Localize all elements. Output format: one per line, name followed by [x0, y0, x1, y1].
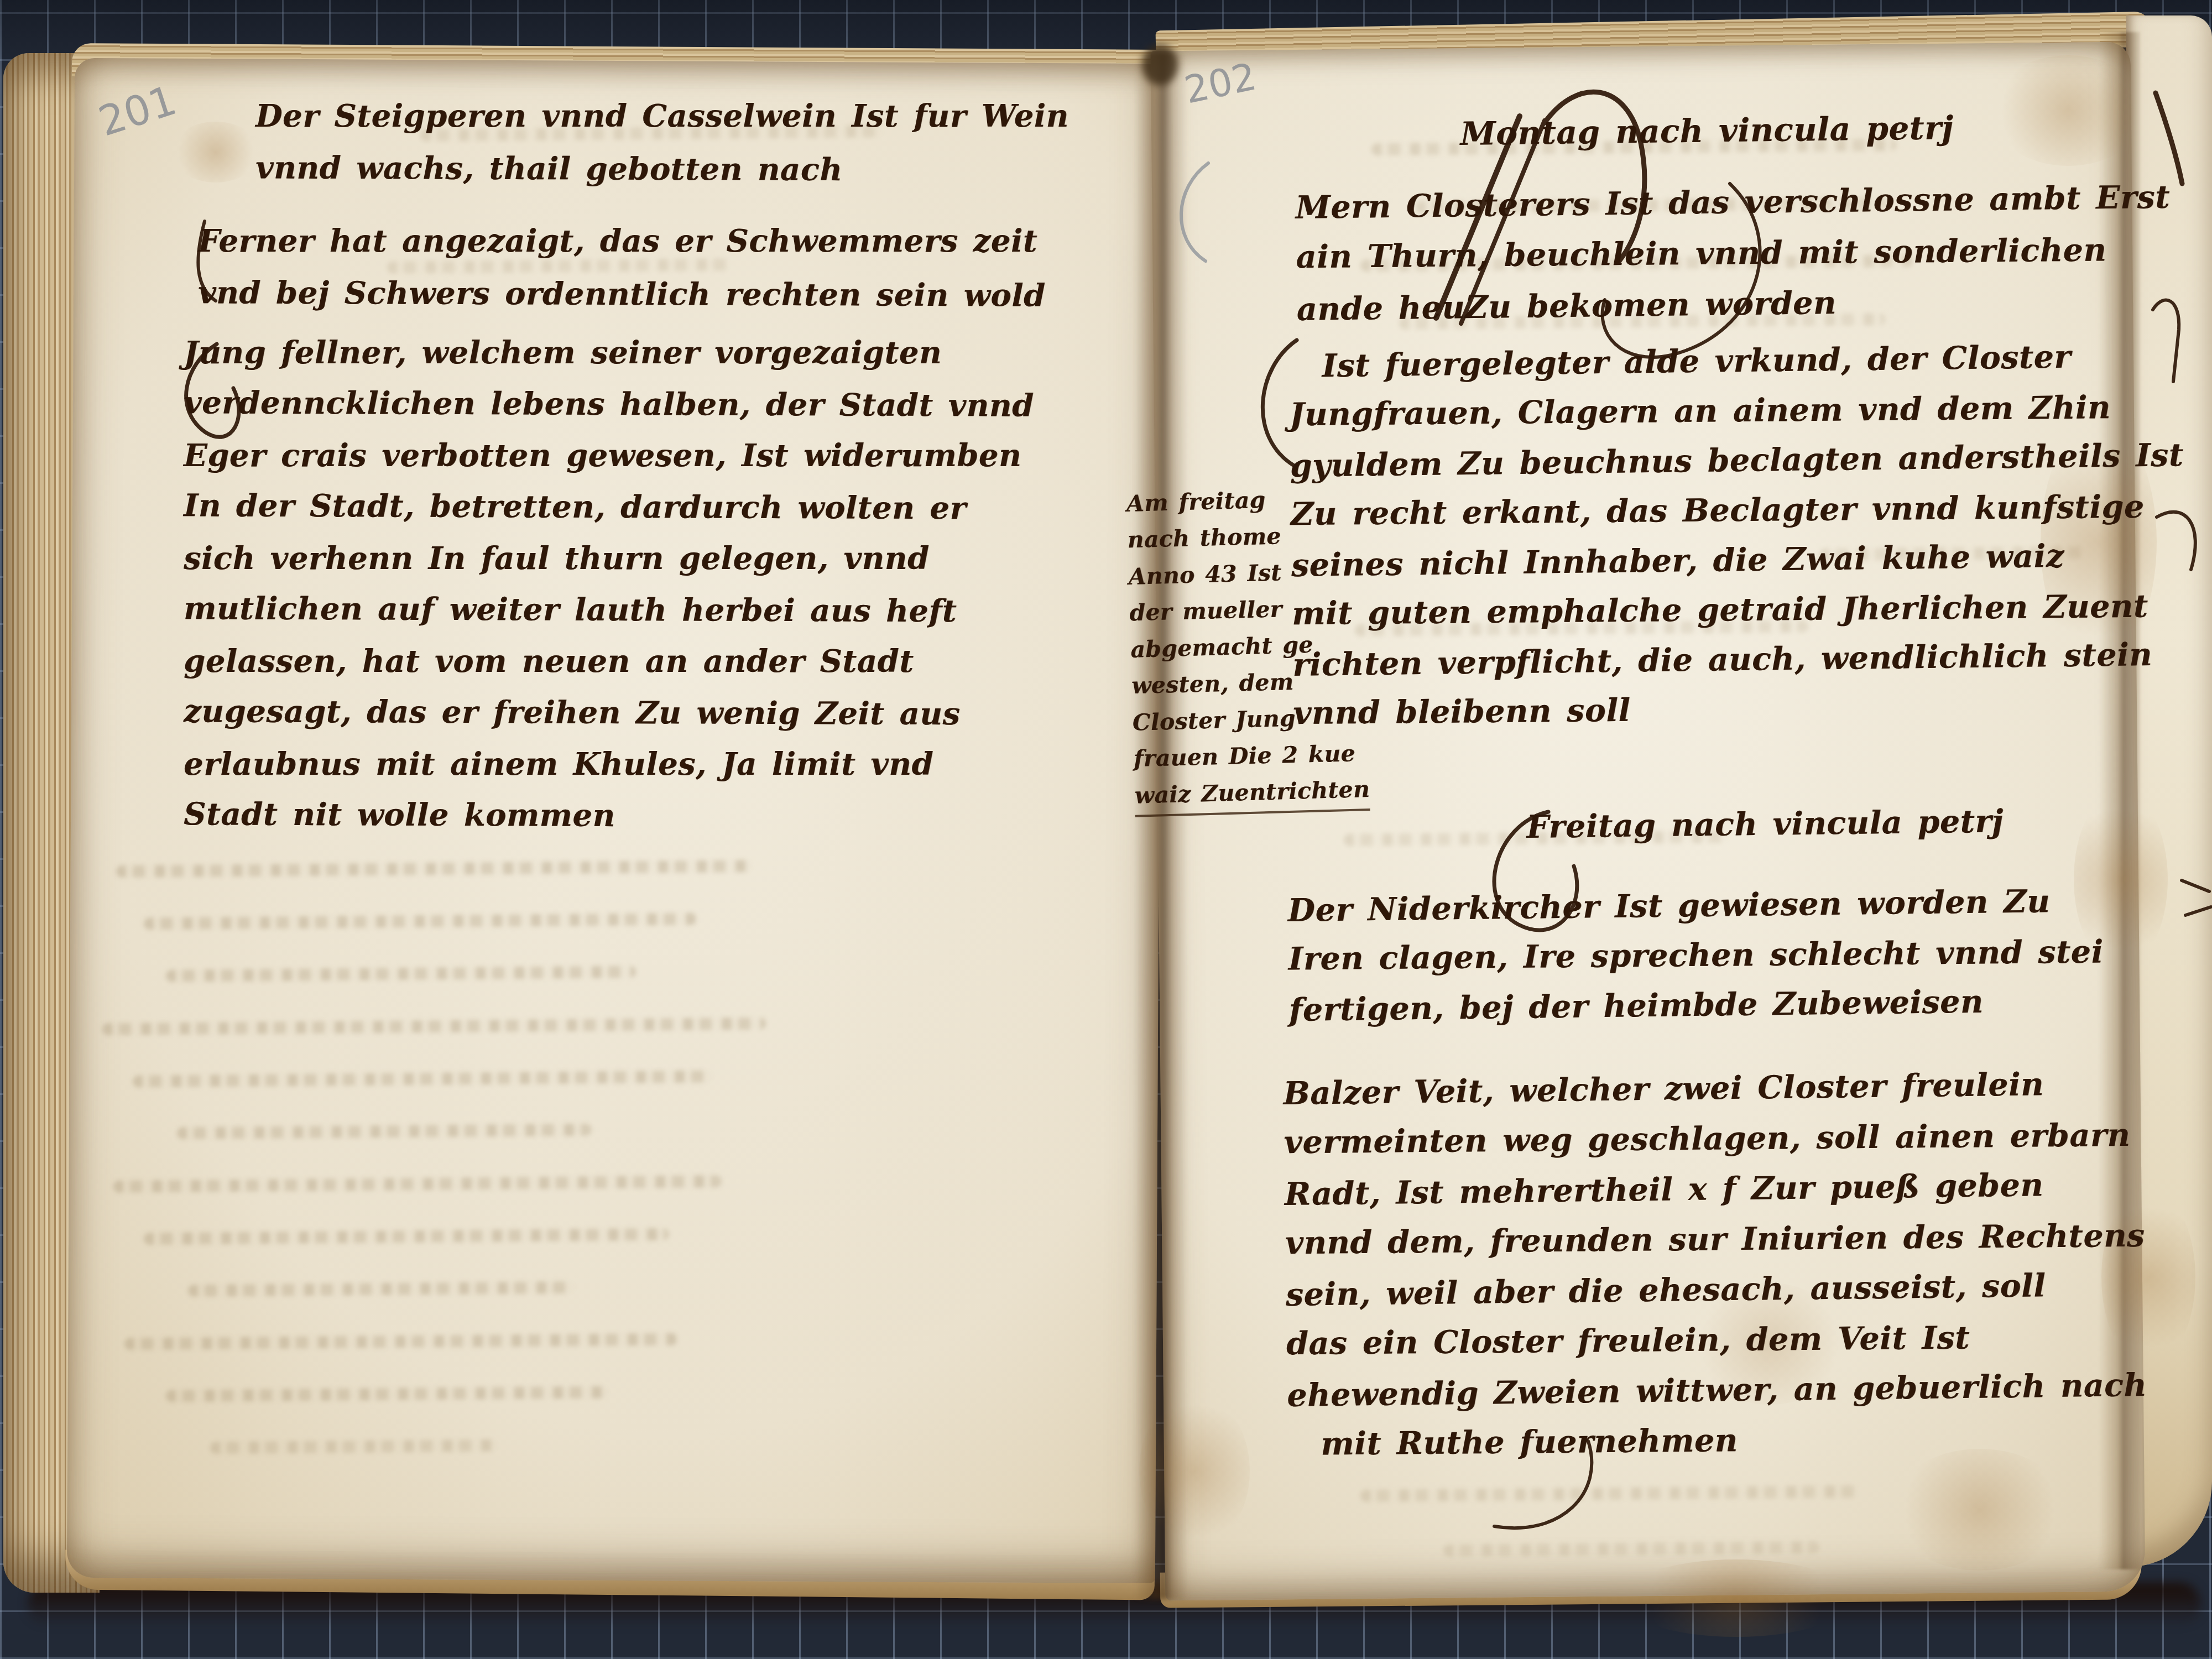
- manuscript-line: Eger crais verbotten gewesen, Ist wideru…: [184, 430, 1034, 482]
- bleedthrough-mark: [210, 1439, 498, 1454]
- right-heading-2: Freitag nach vincula petrj: [1526, 802, 2004, 846]
- right-heading-1: Montag nach vincula petrj: [1460, 109, 1954, 153]
- left-entry-2: Ferner hat angezaigt, das er Schwemmers …: [198, 215, 1046, 321]
- manuscript-line: vermeinten weg geschlagen, soll ainen er…: [1284, 1110, 2144, 1168]
- margin-note-line: abgemacht ge: [1130, 625, 1366, 668]
- manuscript-line: fertigen, bej der heimbde Zubeweisen: [1288, 975, 2104, 1035]
- right-entry-4: Balzer Veit, welcher zwei Closter freule…: [1283, 1058, 2148, 1471]
- stain-mark: [1620, 1559, 1853, 1637]
- margin-note-line: westen, dem: [1131, 662, 1367, 704]
- margin-note-line-underlined: waiz Zuentrichten: [1134, 771, 1370, 817]
- manuscript-line: verdenncklichen lebens halben, der Stadt…: [184, 377, 1034, 431]
- manuscript-line: sich verhenn In faul thurn gelegen, vnnd: [184, 533, 1034, 585]
- manuscript-line: ande heuZu bekomen worden: [1296, 274, 2172, 335]
- manuscript-photo: { "palette": { "mat_background": "#22293…: [0, 0, 2212, 1659]
- right-entry-3: Der Niderkircher Ist gewiesen worden Zu …: [1287, 876, 2104, 1035]
- manuscript-line: richten verpflicht, die auch, wendlichli…: [1292, 629, 2187, 690]
- manuscript-line: vnd bej Schwers ordenntlich rechten sein…: [198, 266, 1046, 322]
- manuscript-line: gelassen, hat vom neuen an ander Stadt: [184, 636, 1034, 687]
- stain-mark: [1991, 55, 2146, 166]
- manuscript-line: Der Steigperen vnnd Casselwein Ist fur W…: [255, 90, 1069, 143]
- manuscript-line: ehewendig Zweien wittwer, an gebuerlich …: [1287, 1360, 2147, 1421]
- right-entry-2: Ist fuergelegter alde vrkund, der Closte…: [1288, 331, 2187, 740]
- manuscript-line: Jungfrauen, Clagern an ainem vnd dem Zhi…: [1289, 382, 2183, 440]
- margin-note-line: nach thome: [1127, 516, 1363, 558]
- manuscript-line: Stadt nit wolle kommen: [184, 789, 1034, 843]
- section-heading: Montag nach vincula petrj: [1460, 109, 1954, 153]
- manuscript-line: Iren clagen, Ire sprechen schlecht vnnd …: [1288, 927, 2104, 984]
- manuscript-line: das ein Closter freulein, dem Veit Ist: [1286, 1311, 2147, 1369]
- manuscript-line: erlaubnus mit ainem Khules, Ja limit vnd: [184, 739, 1034, 790]
- book-gutter: [1135, 53, 1188, 1599]
- manuscript-line: vnnd wachs, thail gebotten nach: [255, 141, 1069, 197]
- section-heading: Freitag nach vincula petrj: [1526, 802, 2004, 846]
- manuscript-line: sein, weil aber die ehesach, ausseist, s…: [1285, 1259, 2146, 1320]
- manuscript-line: Mern Closterers Ist das verschlossne amb…: [1295, 172, 2171, 233]
- manuscript-line: Jung fellner, welchem seiner vorgezaigte…: [184, 327, 1034, 379]
- manuscript-line: mit Ruthe fuernehmen: [1321, 1412, 2148, 1469]
- stain-mark: [1139, 1394, 1250, 1548]
- manuscript-line: Ist fuergelegter alde vrkund, der Closte…: [1322, 331, 2183, 391]
- margin-note-line: Am freitag: [1126, 479, 1362, 522]
- margin-note: Am freitag nach thome Anno 43 Ist der mu…: [1126, 479, 1370, 817]
- manuscript-line: mutlichen auf weiter lauth herbei aus he…: [184, 583, 1034, 637]
- stain-mark: [171, 122, 260, 182]
- stain-mark: [1891, 1449, 2068, 1571]
- manuscript-line: Zu recht erkant, das Beclagter vnnd kunf…: [1290, 482, 2184, 539]
- margin-note-line: der mueller: [1129, 589, 1365, 631]
- margin-note-line: Closter Jung: [1132, 698, 1368, 741]
- manuscript-line: Ferner hat angezaigt, das er Schwemmers …: [198, 215, 1046, 268]
- manuscript-line: In der Stadt, betretten, dardurch wolten…: [184, 480, 1034, 534]
- left-entry-1: Der Steigperen vnnd Casselwein Ist fur W…: [255, 90, 1069, 196]
- left-entry-3: Jung fellner, welchem seiner vorgezaigte…: [184, 327, 1034, 842]
- margin-note-line: frauen Die 2 kue: [1133, 735, 1369, 777]
- right-entry-1: Mern Closterers Ist das verschlossne amb…: [1295, 172, 2172, 335]
- manuscript-line: ain Thurn, beuchlein vnnd mit sonderlich…: [1296, 224, 2171, 283]
- manuscript-line: gyuldem Zu beuchnus beclagten andersthei…: [1290, 430, 2184, 491]
- manuscript-line: mit guten emphalche getraid Jherlichen Z…: [1292, 581, 2186, 639]
- manuscript-line: zugesagt, das er freihen Zu wenig Zeit a…: [184, 686, 1034, 740]
- manuscript-line: vnnd bleibenn soll: [1293, 681, 2187, 738]
- manuscript-line: vnnd dem, freunden sur Iniurien des Rech…: [1285, 1211, 2145, 1269]
- manuscript-line: Der Niderkircher Ist gewiesen worden Zu: [1287, 876, 2103, 936]
- gutter-top-notch: [1142, 44, 1178, 85]
- margin-note-line: Anno 43 Ist: [1128, 552, 1364, 595]
- manuscript-line: Radt, Ist mehrertheil x f Zur pueß geben: [1284, 1159, 2145, 1219]
- manuscript-line: seines nichl Innhaber, die Zwai kuhe wai…: [1291, 530, 2185, 591]
- manuscript-line: Balzer Veit, welcher zwei Closter freule…: [1283, 1058, 2143, 1119]
